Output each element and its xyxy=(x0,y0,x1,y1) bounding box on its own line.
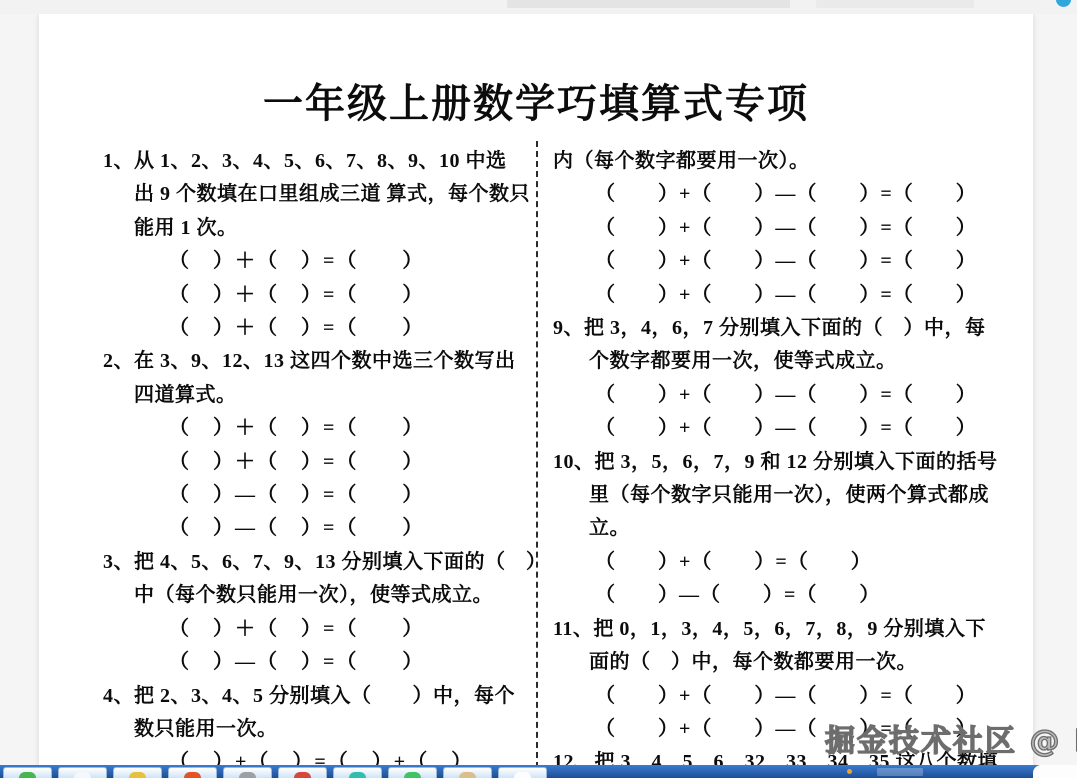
formula-line: （ ）+（ ）—（ ）=（ ） xyxy=(553,379,1027,412)
text-line: 中（每个数只能用一次），使等式成立。 xyxy=(103,579,539,612)
white-app-icon xyxy=(514,772,531,778)
taskbar-app-button[interactable] xyxy=(168,767,217,778)
formula-line: （ ）+（ ）—（ ）=（ ） xyxy=(553,279,1027,312)
taskbar-app-button[interactable] xyxy=(223,767,272,778)
browser-topbar xyxy=(0,0,1077,14)
worksheet-columns: 1、从 1、2、3、4、5、6、7、8、9、10 中选出 9 个数填在口里组成三… xyxy=(39,145,1033,778)
right-column: 内（每个数字都要用一次）。（ ）+（ ）—（ ）=（ ）（ ）+（ ）—（ ）=… xyxy=(553,145,1027,778)
taskbar-corner-window xyxy=(1033,765,1077,778)
formula-line: （ ）+（ ）—（ ）=（ ） xyxy=(553,412,1027,445)
tray-status-area xyxy=(877,768,923,776)
text-line: 四道算式。 xyxy=(103,379,539,412)
text-line: 面的（ ）中，每个数都要用一次。 xyxy=(553,646,1027,679)
taskbar xyxy=(0,765,1077,778)
text-line: 数只能用一次。 xyxy=(103,713,539,746)
worksheet-title: 一年级上册数学巧填算式专项 xyxy=(39,72,1033,129)
taskbar-app-button[interactable] xyxy=(3,767,52,778)
tray-notification-icon xyxy=(847,769,852,774)
green-app-icon xyxy=(19,772,36,778)
taskbar-app-button[interactable] xyxy=(278,767,327,778)
formula-line: （ ）＋（ ）=（ ） xyxy=(103,245,539,278)
browser-logo-icon[interactable] xyxy=(1056,0,1071,7)
formula-line: （ ）—（ ）=（ ） xyxy=(103,646,539,679)
formula-line: （ ）＋（ ）=（ ） xyxy=(103,279,539,312)
formula-line: （ ）＋（ ）=（ ） xyxy=(103,312,539,345)
text-line: 11、把 0，1，3，4，5，6，7，8，9 分别填入下 xyxy=(553,613,1027,646)
formula-line: （ ）—（ ）=（ ） xyxy=(103,512,539,545)
taskbar-tray-area xyxy=(547,765,1077,778)
text-line: 立。 xyxy=(553,512,1027,545)
formula-line: （ ）+（ ）—（ ）=（ ） xyxy=(553,680,1027,713)
green-square-app-icon xyxy=(404,772,421,778)
taskbar-app-button[interactable] xyxy=(58,767,107,778)
formula-line: （ ）+（ ）—（ ）=（ ） xyxy=(553,178,1027,211)
text-line: 4、把 2、3、4、5 分别填入（ ）中，每个 xyxy=(103,680,539,713)
taskbar-app-button[interactable] xyxy=(113,767,162,778)
formula-line: （ ）＋（ ）=（ ） xyxy=(103,446,539,479)
taskbar-app-button[interactable] xyxy=(443,767,492,778)
taskbar-pinned-icons xyxy=(0,765,547,778)
text-line: 1、从 1、2、3、4、5、6、7、8、9、10 中选 xyxy=(103,145,539,178)
formula-line: （ ）+（ ）—（ ）=（ ） xyxy=(553,212,1027,245)
formula-line: （ ）—（ ）=（ ） xyxy=(103,479,539,512)
formula-line: （ ）+（ ）—（ ）=（ ） xyxy=(553,245,1027,278)
taskbar-app-button[interactable] xyxy=(498,767,547,778)
left-column: 1、从 1、2、3、4、5、6、7、8、9、10 中选出 9 个数填在口里组成三… xyxy=(103,145,539,778)
formula-line: （ ）+（ ）=（ ） xyxy=(553,546,1027,579)
browser-tab[interactable] xyxy=(507,0,790,8)
text-line: 里（每个数字只能用一次），使两个算式都成 xyxy=(553,479,1027,512)
taskbar-app-button[interactable] xyxy=(388,767,437,778)
teal-app-icon xyxy=(349,772,366,778)
browser-tab[interactable] xyxy=(816,0,974,8)
formula-line: （ ）＋（ ）=（ ） xyxy=(103,412,539,445)
red-circle-app-icon xyxy=(294,772,311,778)
text-line: 个数字都要用一次，使等式成立。 xyxy=(553,345,1027,378)
white-app-icon xyxy=(74,772,91,778)
text-line: 出 9 个数填在口里组成三道 算式，每个数只 xyxy=(103,178,539,211)
worksheet-page: 一年级上册数学巧填算式专项 1、从 1、2、3、4、5、6、7、8、9、10 中… xyxy=(39,14,1033,778)
orange-app-icon xyxy=(184,772,201,778)
formula-line: （ ）＋（ ）=（ ） xyxy=(103,613,539,646)
blue-duck-app-icon xyxy=(129,772,146,778)
formula-line: （ ）—（ ）=（ ） xyxy=(553,579,1027,612)
column-divider-dashed-line xyxy=(536,141,538,778)
text-line: 能用 1 次。 xyxy=(103,212,539,245)
text-line: 9、把 3，4，6，7 分别填入下面的（ ）中，每 xyxy=(553,312,1027,345)
watermark: 掘金技术社区 @ Mrj xyxy=(825,716,1077,760)
tan-folder-app-icon xyxy=(459,772,476,778)
gray-app-icon xyxy=(239,772,256,778)
text-line: 3、把 4、5、6、7、9、13 分别填入下面的（ ） xyxy=(103,546,539,579)
text-line: 2、在 3、9、12、13 这四个数中选三个数写出 xyxy=(103,345,539,378)
taskbar-app-button[interactable] xyxy=(333,767,382,778)
text-line: 内（每个数字都要用一次）。 xyxy=(553,145,1027,178)
text-line: 10、把 3，5，6，7，9 和 12 分别填入下面的括号 xyxy=(553,446,1027,479)
